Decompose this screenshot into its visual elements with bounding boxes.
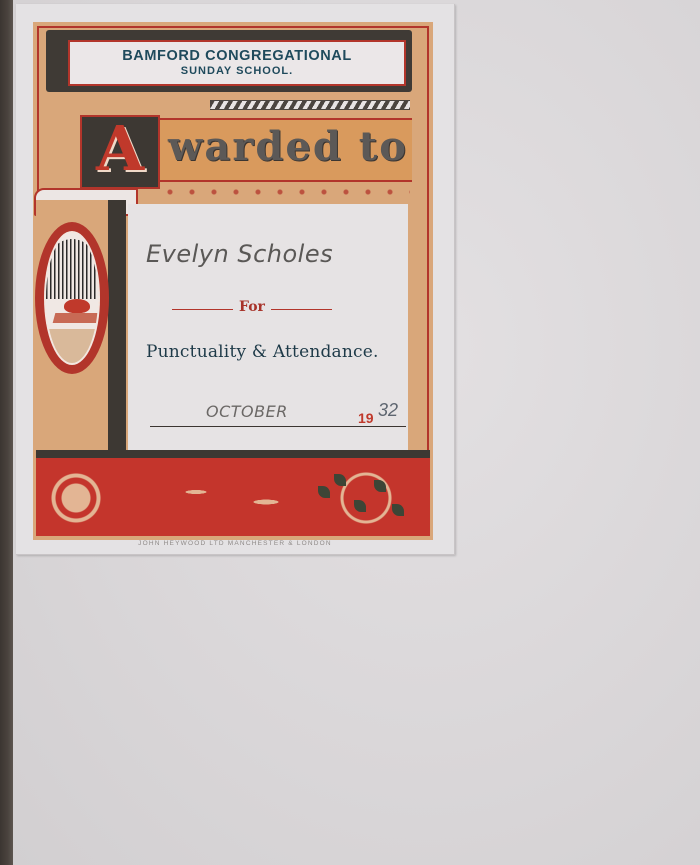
rope-border-decoration [210, 100, 410, 110]
lamp-medallion-icon [35, 222, 109, 374]
printer-credit: JOHN HEYWOOD LTD MANCHESTER & LONDON [0, 540, 470, 547]
ivy-leaf-icon [318, 486, 330, 498]
ivy-leaf-icon [354, 500, 366, 512]
acanthus-scroll-decoration [36, 458, 430, 536]
school-name: BAMFORD CONGREGATIONAL [70, 48, 404, 64]
oil-lamp-icon [64, 299, 90, 313]
date-line [150, 426, 406, 427]
album-spine [0, 0, 13, 865]
left-dark-bar [108, 200, 126, 454]
recipient-name: Evelyn Scholes [146, 240, 406, 268]
year-handwritten: 32 [378, 400, 398, 421]
medallion-base [46, 329, 98, 363]
medallion-inner [44, 231, 100, 365]
for-divider: For [172, 298, 332, 322]
sunburst-icon [46, 239, 98, 299]
ivy-leaf-icon [334, 474, 346, 486]
drop-cap-letter: A [82, 112, 158, 186]
year-printed: 19 [358, 410, 374, 426]
award-month: OCTOBER [206, 402, 288, 421]
ivy-leaf-icon [392, 504, 404, 516]
scroll-flourish-decoration [160, 182, 410, 202]
awarded-title: warded to [168, 118, 408, 178]
header-box: BAMFORD CONGREGATIONAL SUNDAY SCHOOL. [68, 40, 406, 86]
ivy-leaf-icon [374, 480, 386, 492]
school-subtitle: SUNDAY SCHOOL. [70, 65, 404, 77]
for-label: For [233, 299, 271, 315]
award-reason: Punctuality & Attendance. [146, 342, 408, 362]
book-icon [53, 313, 100, 323]
